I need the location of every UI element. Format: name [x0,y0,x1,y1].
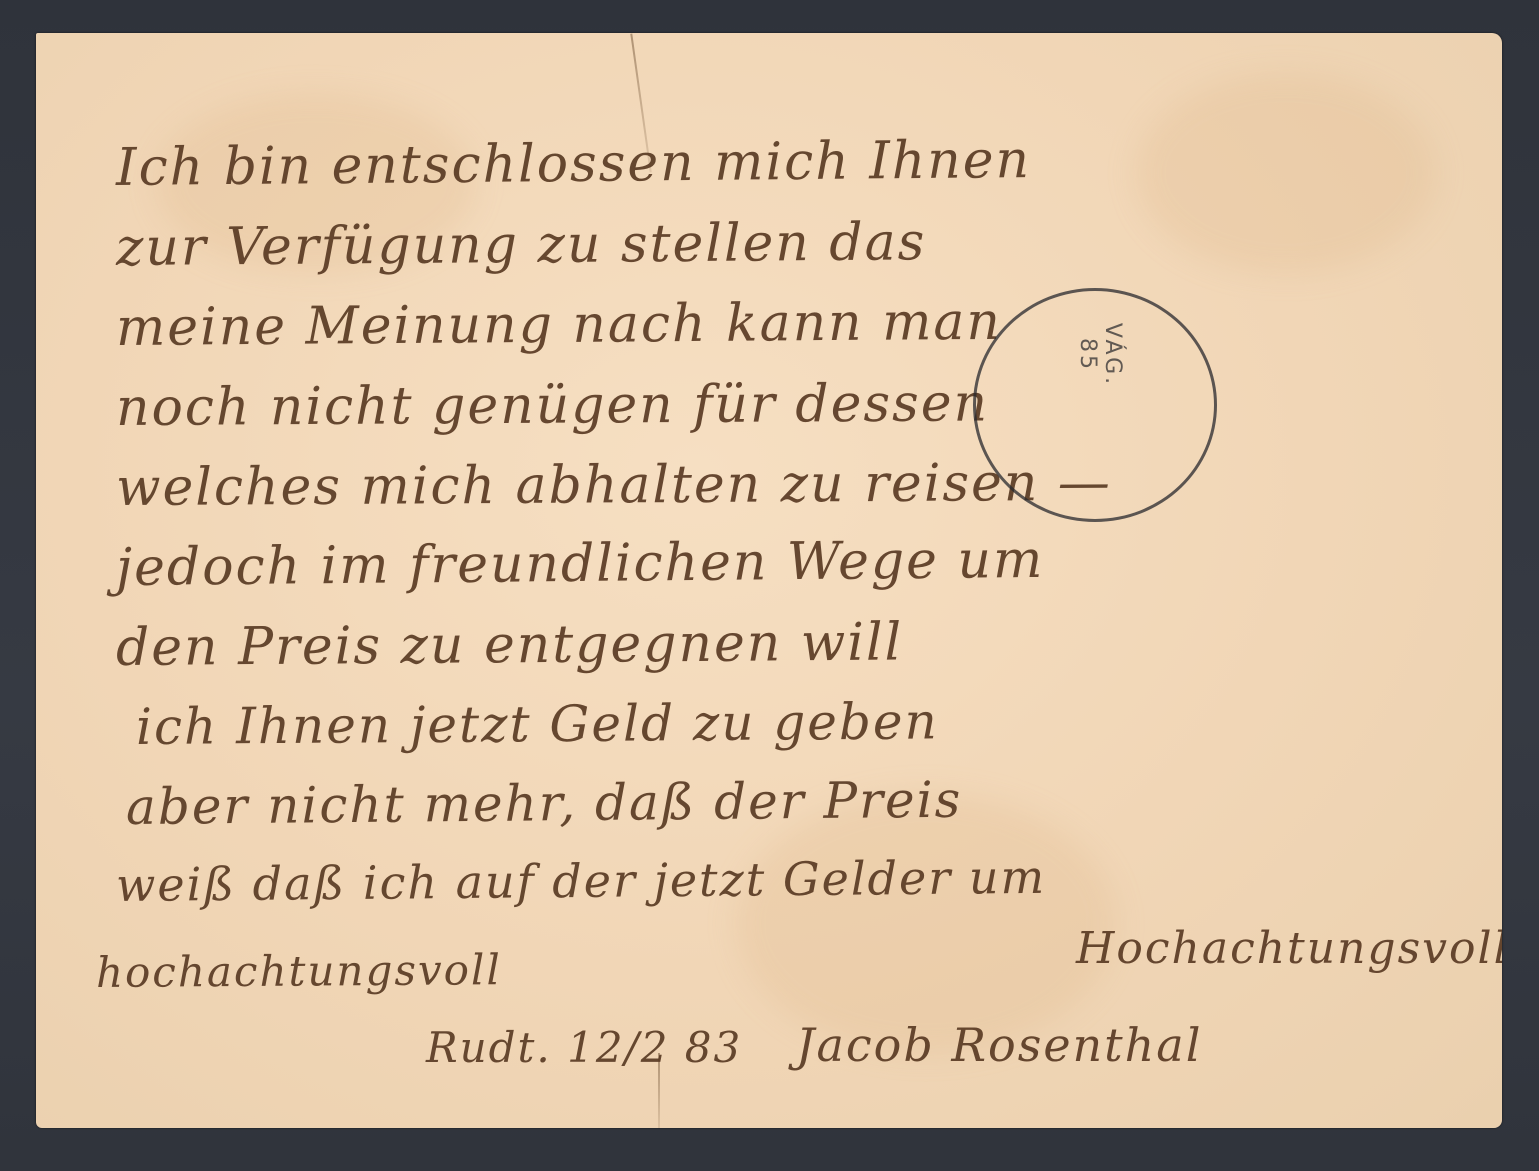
handwritten-line-6: jedoch im freundlichen Wege um [116,530,1045,598]
handwritten-line-11: hochachtungsvoll [96,945,502,997]
handwritten-line-10: weiß daß ich auf der jetzt Gelder um [116,850,1047,912]
handwritten-line-5: welches mich abhalten zu reisen — [116,453,1112,518]
paper-stain [1136,73,1436,273]
signature: Jacob Rosenthal [796,1018,1202,1072]
handwritten-line-9: aber nicht mehr, daß der Preis [126,771,963,836]
handwritten-line-3: meine Meinung nach kann man [116,292,1002,358]
handwritten-line-4: noch nicht genügen für dessen [116,373,989,438]
handwritten-line-2: zur Verfügung zu stellen das [116,212,927,278]
closing-text: Hochachtungsvoll [1076,923,1502,974]
photo-background: Ich bin entschlossen mich Ihnen zur Verf… [0,0,1539,1171]
postmark-text: VÁG. 85 [1075,315,1125,395]
handwritten-line-1: Ich bin entschlossen mich Ihnen [116,130,1032,198]
handwritten-line-7: den Preis zu entgegnen will [116,613,904,678]
handwritten-line-8: ich Ihnen jetzt Geld zu geben [136,692,939,756]
postcard: Ich bin entschlossen mich Ihnen zur Verf… [36,33,1502,1128]
paper-stain [736,793,1116,1053]
place-date: Rudt. 12/2 83 [426,1023,742,1072]
